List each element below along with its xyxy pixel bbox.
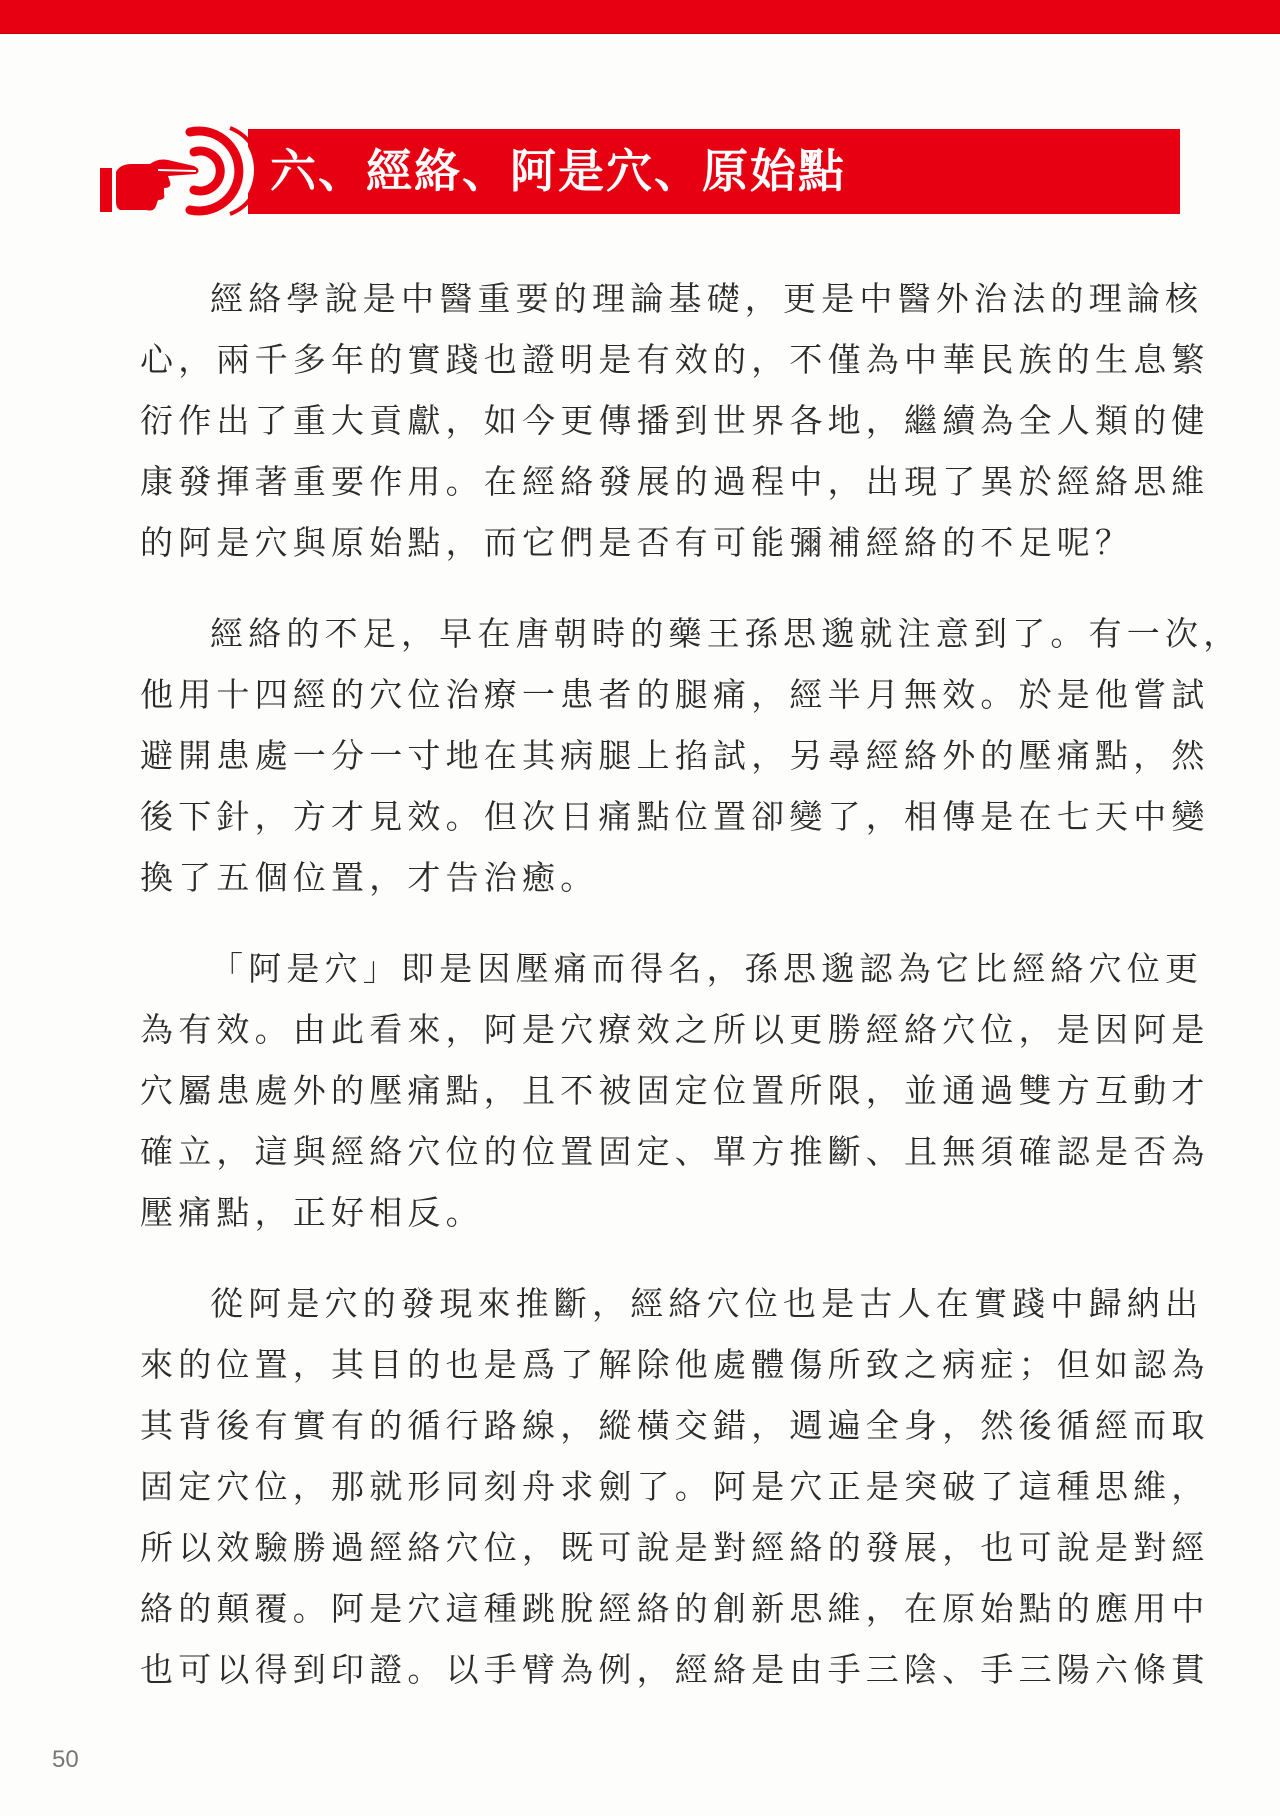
text-line: 其背後有實有的循行路線，縱橫交錯，週遍全身，然後循經而取 [140, 1395, 1150, 1456]
text-line: 他用十四經的穴位治療一患者的腿痛，經半月無效。於是他嘗試 [140, 664, 1150, 725]
text-line: 避開患處一分一寸地在其病腿上掐試，另尋經絡外的壓痛點，然 [140, 725, 1150, 786]
paragraph-2: 經絡的不足，早在唐朝時的藥王孫思邈就注意到了。有一次， 他用十四經的穴位治療一患… [140, 603, 1150, 908]
text-line: 為有效。由此看來，阿是穴療效之所以更勝經絡穴位，是因阿是 [140, 999, 1150, 1060]
text-line: 來的位置，其目的也是爲了解除他處體傷所致之病症；但如認為 [140, 1334, 1150, 1395]
text-line: 絡的顛覆。阿是穴這種跳脫經絡的創新思維，在原始點的應用中 [140, 1578, 1150, 1639]
section-heading: 六、經絡、阿是穴、原始點 [98, 122, 1182, 218]
text-line: 壓痛點，正好相反。 [140, 1182, 1150, 1243]
text-line: 穴屬患處外的壓痛點，且不被固定位置所限，並通過雙方互動才 [140, 1060, 1150, 1121]
text-line: 心，兩千多年的實踐也證明是有效的，不僅為中華民族的生息繁 [140, 329, 1150, 390]
text-line: 康發揮著重要作用。在經絡發展的過程中，出現了異於經絡思維 [140, 451, 1150, 512]
text-line: 「阿是穴」即是因壓痛而得名，孫思邈認為它比經絡穴位更 [140, 938, 1150, 999]
pointing-hand-target-icon [98, 122, 268, 218]
paragraph-4: 從阿是穴的發現來推斷，經絡穴位也是古人在實踐中歸納出 來的位置，其目的也是爲了解… [140, 1273, 1150, 1700]
text-line: 也可以得到印證。以手臂為例，經絡是由手三陰、手三陽六條貫 [140, 1639, 1150, 1700]
text-line: 固定穴位，那就形同刻舟求劍了。阿是穴正是突破了這種思維， [140, 1456, 1150, 1517]
top-color-band [0, 0, 1280, 33]
text-line: 後下針，方才見效。但次日痛點位置卻變了，相傳是在七天中變 [140, 786, 1150, 847]
paragraph-3: 「阿是穴」即是因壓痛而得名，孫思邈認為它比經絡穴位更 為有效。由此看來，阿是穴療… [140, 938, 1150, 1243]
text-line: 確立，這與經絡穴位的位置固定、單方推斷、且無須確認是否為 [140, 1121, 1150, 1182]
text-line: 所以效驗勝過經絡穴位，既可說是對經絡的發展，也可說是對經 [140, 1517, 1150, 1578]
text-line: 衍作出了重大貢獻，如今更傳播到世界各地，繼續為全人類的健 [140, 390, 1150, 451]
section-title: 六、經絡、阿是穴、原始點 [270, 129, 846, 214]
text-line: 經絡的不足，早在唐朝時的藥王孫思邈就注意到了。有一次， [140, 603, 1150, 664]
text-line: 換了五個位置，才告治癒。 [140, 847, 1150, 908]
body-text: 經絡學說是中醫重要的理論基礎，更是中醫外治法的理論核 心，兩千多年的實踐也證明是… [140, 268, 1150, 1730]
text-line: 從阿是穴的發現來推斷，經絡穴位也是古人在實踐中歸納出 [140, 1273, 1150, 1334]
text-line: 經絡學說是中醫重要的理論基礎，更是中醫外治法的理論核 [140, 268, 1150, 329]
page-number: 50 [52, 1746, 79, 1774]
text-line: 的阿是穴與原始點，而它們是否有可能彌補經絡的不足呢？ [140, 512, 1150, 573]
paragraph-1: 經絡學說是中醫重要的理論基礎，更是中醫外治法的理論核 心，兩千多年的實踐也證明是… [140, 268, 1150, 573]
